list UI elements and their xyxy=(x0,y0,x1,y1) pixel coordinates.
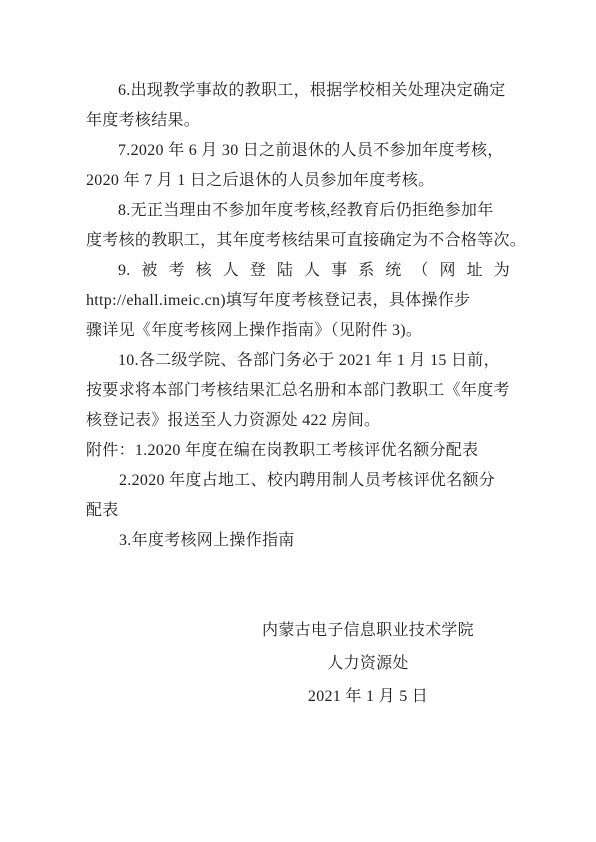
body-line: 2020 年 7 月 1 日之后退休的人员参加年度考核。 xyxy=(86,166,510,196)
body-line: http://ehall.imeic.cn)填写年度考核登记表，具体操作步 xyxy=(86,286,510,316)
attachment-item-line: 2.2020 年度占地工、校内聘用制人员考核评优名额分 xyxy=(86,466,510,496)
attachments-label-line: 附件：1.2020 年度在编在岗教职工考核评优名额分配表 xyxy=(86,436,510,466)
attachment-item-line: 配表 xyxy=(86,496,510,526)
body-line: 10.各二级学院、各部门务必于 2021 年 1 月 15 日前， xyxy=(86,346,510,376)
issue-date: 2021 年 1 月 5 日 xyxy=(238,680,498,713)
attachment-item-line: 3.年度考核网上操作指南 xyxy=(86,526,510,556)
body-line: 7.2020 年 6 月 30 日之前退休的人员不参加年度考核， xyxy=(86,136,510,166)
signature-block: 内蒙古电子信息职业技术学院 人力资源处 2021 年 1 月 5 日 xyxy=(238,614,498,713)
issuer-name: 内蒙古电子信息职业技术学院 xyxy=(238,614,498,647)
body-line: 按要求将本部门考核结果汇总名册和本部门教职工《年度考 xyxy=(86,376,510,406)
document-body: 6.出现教学事故的教职工，根据学校相关处理决定确定 年度考核结果。 7.2020… xyxy=(86,76,510,556)
body-line: 度考核的教职工，其年度考核结果可直接确定为不合格等次。 xyxy=(86,226,510,256)
body-line: 核登记表》报送至人力资源处 422 房间。 xyxy=(86,406,510,436)
body-line: 年度考核结果。 xyxy=(86,106,510,136)
issuer-dept: 人力资源处 xyxy=(238,647,498,680)
body-line: 8.无正当理由不参加年度考核,经教育后仍拒绝参加年 xyxy=(86,196,510,226)
body-line: 6.出现教学事故的教职工，根据学校相关处理决定确定 xyxy=(86,76,510,106)
document-page: 6.出现教学事故的教职工，根据学校相关处理决定确定 年度考核结果。 7.2020… xyxy=(0,0,596,842)
body-line: 骤详见《年度考核网上操作指南》（见附件 3)。 xyxy=(86,316,510,346)
body-line: 9.被考核人登陆人事系统（网址为 xyxy=(86,256,510,286)
